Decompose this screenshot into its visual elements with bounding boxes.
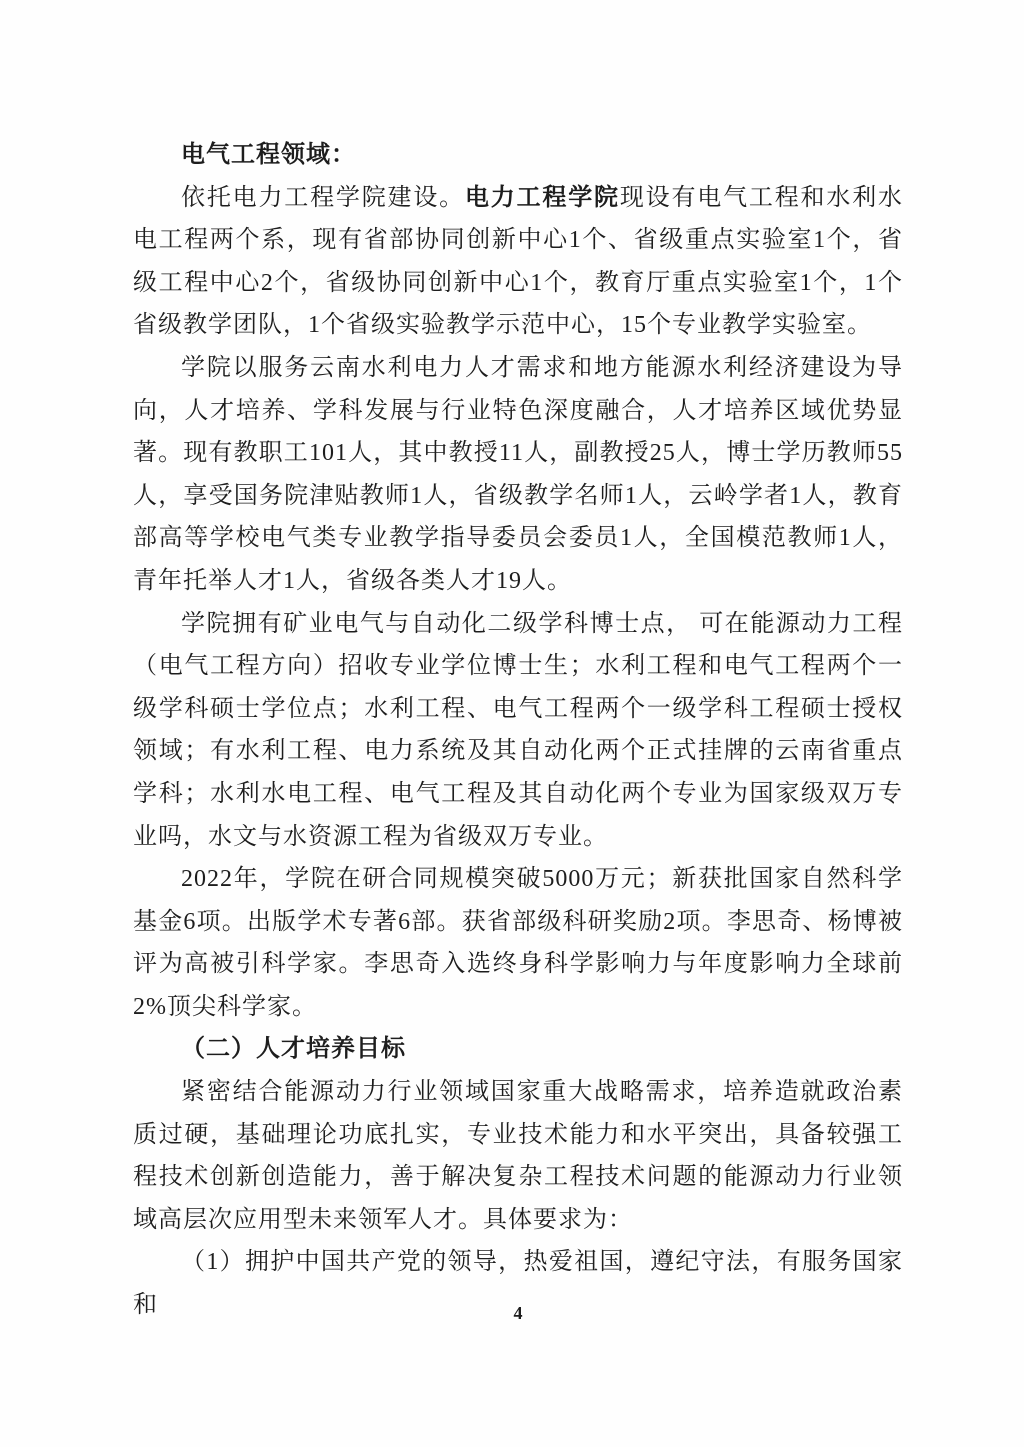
bold-college-name: 电力工程学院 <box>465 185 620 211</box>
paragraph-faculty-statistics: 学院以服务云南水利电力人才需求和地方能源水利经济建设为导向，人才培养、学科发展与… <box>133 347 903 603</box>
subsection-heading-training-goal: （二）人才培养目标 <box>133 1028 903 1071</box>
paragraph-2022-achievements: 2022年，学院在研合同规模突破5000万元；新获批国家自然科学基金6项。出版学… <box>133 858 903 1028</box>
paragraph-discipline-programs: 学院拥有矿业电气与自动化二级学科博士点， 可在能源动力工程（电气工程方向）招收专… <box>133 603 903 859</box>
paragraph-training-goal: 紧密结合能源动力行业领域国家重大战略需求，培养造就政治素质过硬，基础理论功底扎实… <box>133 1071 903 1241</box>
section-heading-electrical-engineering: 电气工程领域： <box>133 134 903 177</box>
paragraph-college-overview: 依托电力工程学院建设。电力工程学院现设有电气工程和水利水电工程两个系，现有省部协… <box>133 177 903 347</box>
paragraph-college-overview-pre: 依托电力工程学院建设。 <box>181 185 465 211</box>
document-body: 电气工程领域： 依托电力工程学院建设。电力工程学院现设有电气工程和水利水电工程两… <box>133 134 903 1327</box>
document-page: 电气工程领域： 依托电力工程学院建设。电力工程学院现设有电气工程和水利水电工程两… <box>0 0 1024 1447</box>
page-number: 4 <box>133 1303 903 1324</box>
